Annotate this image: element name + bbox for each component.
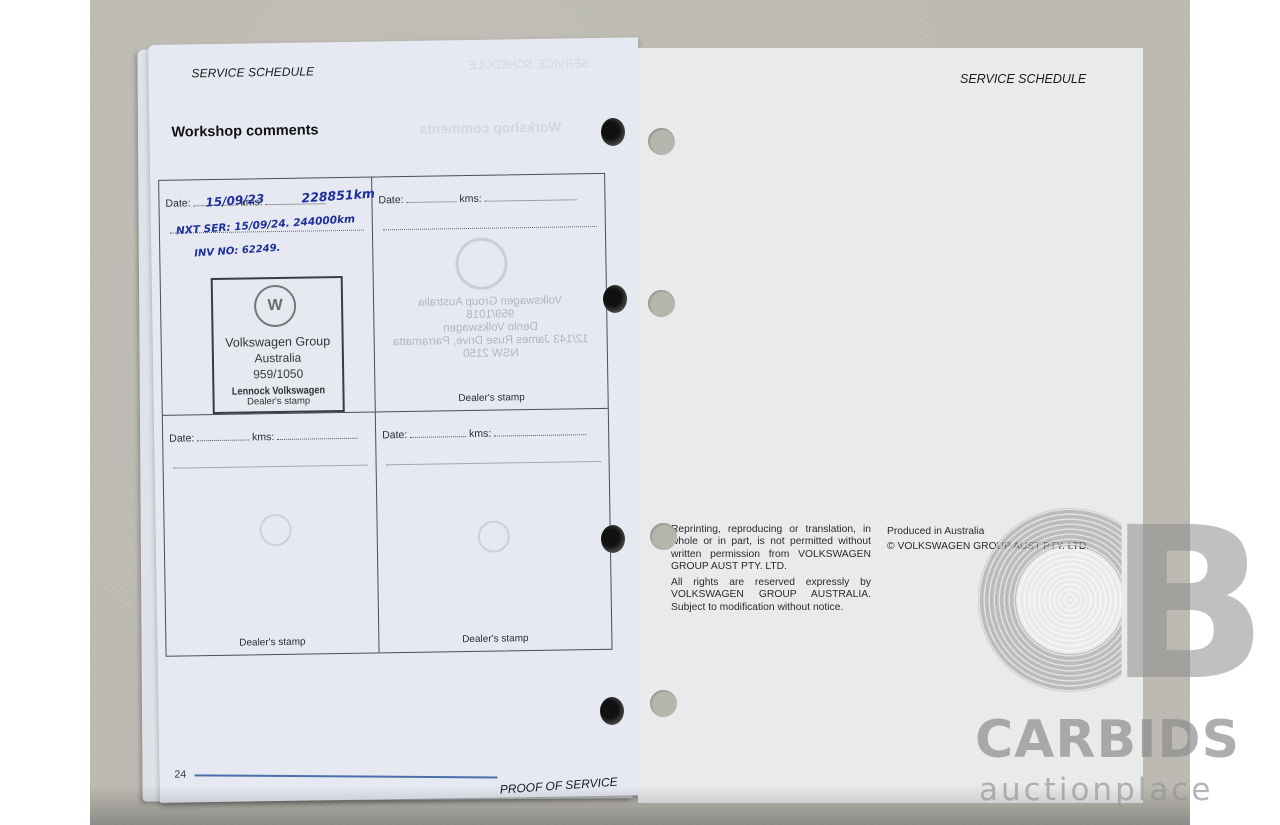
date-label: Date: [382, 429, 407, 441]
binder-hole-icon [600, 697, 624, 725]
dotted-line [383, 226, 597, 230]
binder-hole-icon [603, 285, 627, 313]
stamp-label: Dealer's stamp [376, 391, 608, 406]
watermark-tagline: auctionplace [979, 772, 1213, 808]
kms-label: kms: [252, 431, 274, 443]
stamp-label: Dealer's stamp [166, 635, 378, 649]
bleed-through-title: Workshop comments [419, 119, 561, 137]
kms-dots [484, 191, 576, 201]
page-header: SERVICE SCHEDULE [960, 72, 1086, 86]
dotted-line [387, 461, 601, 465]
legal-notice: Reprinting, reproducing or translation, … [671, 524, 871, 618]
legal-paragraph: Reprinting, reproducing or translation, … [671, 524, 871, 573]
page-header: SERVICE SCHEDULE [191, 64, 314, 80]
kms-dots [494, 426, 586, 436]
left-page: SERVICE SCHEDULE Workshop comments SERVI… [148, 37, 650, 803]
photo: SERVICE SCHEDULE Workshop comments SERVI… [90, 0, 1190, 825]
service-entry-2: Date: kms: Volkswagen Group Australia 95… [372, 174, 608, 413]
handwritten-next-service: NXT SER: 15/09/24. 244000km [176, 213, 356, 237]
date-kms-line: Date: kms: [382, 426, 586, 441]
stamp-label: Dealer's stamp [379, 632, 611, 647]
page-number: 24 [174, 768, 186, 780]
vw-logo-icon: W [254, 285, 297, 328]
handwritten-kms: 228851km [301, 186, 375, 206]
kms-label: kms: [469, 428, 491, 440]
service-entry-4: Date: kms: Dealer's stamp [376, 409, 612, 653]
binder-hole-icon [650, 690, 677, 717]
binder-hole-icon [650, 523, 677, 550]
bleed-through-header: SERVICE SCHEDULE [468, 56, 589, 72]
dealer-stamp: W Volkswagen Group Australia 959/1050 Le… [211, 276, 345, 414]
watermark-logo-letter: B [1108, 500, 1268, 710]
date-label: Date: [165, 197, 190, 209]
date-kms-line: Date: kms: [169, 430, 357, 445]
date-label: Date: [378, 194, 403, 206]
date-dots [197, 431, 249, 441]
watermark-brand: CARBIDS [975, 712, 1240, 768]
page-title: Workshop comments [171, 122, 318, 140]
binder-hole-icon [601, 118, 625, 146]
footer-rule [194, 774, 497, 778]
date-kms-line: Date: kms: [378, 191, 576, 206]
stamp-label: Dealer's stamp [215, 395, 343, 408]
stamp-line: Australia [214, 350, 342, 366]
date-dots [406, 193, 456, 203]
handwritten-invoice: INV NO: 62249. [194, 243, 281, 260]
legal-paragraph: All rights are reserved expressly by VOL… [671, 577, 871, 614]
stamp-line: Volkswagen Group [214, 334, 342, 350]
dotted-line [174, 465, 368, 469]
date-label: Date: [169, 432, 194, 444]
kms-label: kms: [459, 193, 481, 205]
binder-hole-icon [601, 525, 625, 553]
date-dots [410, 428, 466, 438]
vw-logo-icon [455, 237, 508, 290]
service-entry-1: Date: kms: 15/09/23 228851km NXT SER: 15… [159, 177, 376, 415]
binder-hole-icon [648, 290, 675, 317]
kms-dots [277, 430, 357, 440]
workshop-comments-grid: Date: kms: 15/09/23 228851km NXT SER: 15… [158, 173, 612, 657]
bleed-through-stamp: Volkswagen Group Australia 959/1018 Denl… [374, 294, 607, 363]
binder-hole-icon [648, 128, 675, 155]
service-entry-3: Date: kms: Dealer's stamp [163, 412, 380, 655]
faint-logo-icon [259, 514, 291, 546]
faint-logo-icon [478, 520, 510, 552]
stamp-line: 959/1050 [214, 366, 342, 382]
